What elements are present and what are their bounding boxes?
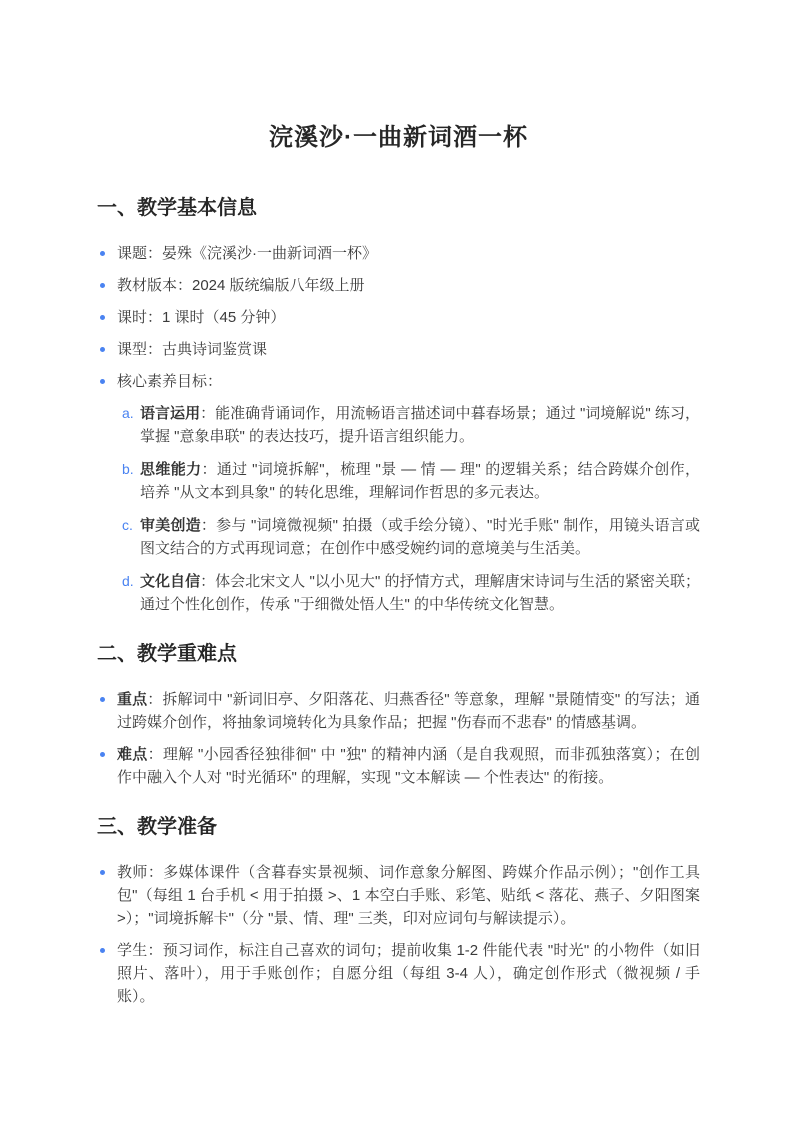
point-text: ：理解 "小园香径独徘徊" 中 "独" 的精神内涵（是自我观照，而非孤独落寞）；… xyxy=(117,746,700,786)
list-item-text: 课题：晏殊《浣溪沙·一曲新词酒一杯》 xyxy=(117,245,377,262)
objective-label: 语言运用 xyxy=(140,405,200,422)
objective-marker: d. xyxy=(122,570,134,593)
objective-text: ：能准确背诵词作，用流畅语言描述词中暮春场景；通过 "词境解说" 练习，掌握 "… xyxy=(140,405,700,445)
point-label: 重点 xyxy=(117,691,147,708)
bullet-icon xyxy=(100,948,105,953)
bullet-icon xyxy=(100,251,105,256)
objective-item: a. 语言运用：能准确背诵词作，用流畅语言描述词中暮春场景；通过 "词境解说" … xyxy=(122,402,700,448)
bullet-icon xyxy=(100,697,105,702)
point-label: 难点 xyxy=(117,746,148,763)
objective-marker: b. xyxy=(122,458,134,481)
list-item-text: 课型：古典诗词鉴赏课 xyxy=(117,341,267,358)
preparation-list: 教师：多媒体课件（含暮春实景视频、词作意象分解图、跨媒介作品示例）；"创作工具包… xyxy=(97,861,700,1008)
list-item: 教材版本：2024 版统编版八年级上册 xyxy=(97,274,700,297)
list-item-text: 课时：1 课时（45 分钟） xyxy=(117,309,285,326)
bullet-icon xyxy=(100,347,105,352)
point-text: ：拆解词中 "新词旧亭、夕阳落花、归燕香径" 等意象，理解 "景随情变" 的写法… xyxy=(117,691,700,731)
list-item-text: 学生：预习词作，标注自己喜欢的词句；提前收集 1-2 件能代表 "时光" 的小物… xyxy=(117,942,700,1005)
list-item: 重点：拆解词中 "新词旧亭、夕阳落花、归燕香径" 等意象，理解 "景随情变" 的… xyxy=(97,688,700,734)
list-item-text: 教材版本：2024 版统编版八年级上册 xyxy=(117,277,365,294)
objective-marker: c. xyxy=(122,514,133,537)
list-item: 课时：1 课时（45 分钟） xyxy=(97,306,700,329)
page-title: 浣溪沙·一曲新词酒一杯 xyxy=(97,121,700,154)
objective-item: d. 文化自信：体会北宋文人 "以小见大" 的抒情方式，理解唐宋诗词与生活的紧密… xyxy=(122,570,700,616)
objective-label: 思维能力 xyxy=(140,461,201,478)
list-item-text: 教师：多媒体课件（含暮春实景视频、词作意象分解图、跨媒介作品示例）；"创作工具包… xyxy=(117,864,700,927)
bullet-icon xyxy=(100,315,105,320)
list-item: 学生：预习词作，标注自己喜欢的词句；提前收集 1-2 件能代表 "时光" 的小物… xyxy=(97,939,700,1008)
basic-info-list: 课题：晏殊《浣溪沙·一曲新词酒一杯》 教材版本：2024 版统编版八年级上册 课… xyxy=(97,242,700,393)
list-item-text: 核心素养目标： xyxy=(117,373,222,390)
objective-item: b. 思维能力：通过 "词境拆解"，梳理 "景 — 情 — 理" 的逻辑关系；结… xyxy=(122,458,700,504)
bullet-icon xyxy=(100,283,105,288)
list-item: 课型：古典诗词鉴赏课 xyxy=(97,338,700,361)
objective-marker: a. xyxy=(122,402,134,425)
core-objectives-list: a. 语言运用：能准确背诵词作，用流畅语言描述词中暮春场景；通过 "词境解说" … xyxy=(122,402,700,616)
document-page: 浣溪沙·一曲新词酒一杯 一、教学基本信息 课题：晏殊《浣溪沙·一曲新词酒一杯》 … xyxy=(0,0,794,1123)
objective-label: 文化自信 xyxy=(140,573,200,590)
objective-text: ：参与 "词境微视频" 拍摄（或手绘分镜）、"时光手账" 制作，用镜头语言或图文… xyxy=(140,517,700,557)
section-heading-basic-info: 一、教学基本信息 xyxy=(97,196,700,220)
list-item: 课题：晏殊《浣溪沙·一曲新词酒一杯》 xyxy=(97,242,700,265)
bullet-icon xyxy=(100,752,105,757)
list-item: 难点：理解 "小园香径独徘徊" 中 "独" 的精神内涵（是自我观照，而非孤独落寞… xyxy=(97,743,700,789)
key-points-list: 重点：拆解词中 "新词旧亭、夕阳落花、归燕香径" 等意象，理解 "景随情变" 的… xyxy=(97,688,700,789)
objective-label: 审美创造 xyxy=(140,517,201,534)
objective-text: ：通过 "词境拆解"，梳理 "景 — 情 — 理" 的逻辑关系；结合跨媒介创作，… xyxy=(140,461,700,501)
bullet-icon xyxy=(100,379,105,384)
list-item: 核心素养目标： xyxy=(97,370,700,393)
objective-item: c. 审美创造：参与 "词境微视频" 拍摄（或手绘分镜）、"时光手账" 制作，用… xyxy=(122,514,700,560)
objective-text: ：体会北宋文人 "以小见大" 的抒情方式，理解唐宋诗词与生活的紧密关联；通过个性… xyxy=(140,573,700,613)
section-heading-preparation: 三、教学准备 xyxy=(97,815,700,839)
section-heading-key-points: 二、教学重难点 xyxy=(97,642,700,666)
bullet-icon xyxy=(100,870,105,875)
list-item: 教师：多媒体课件（含暮春实景视频、词作意象分解图、跨媒介作品示例）；"创作工具包… xyxy=(97,861,700,930)
